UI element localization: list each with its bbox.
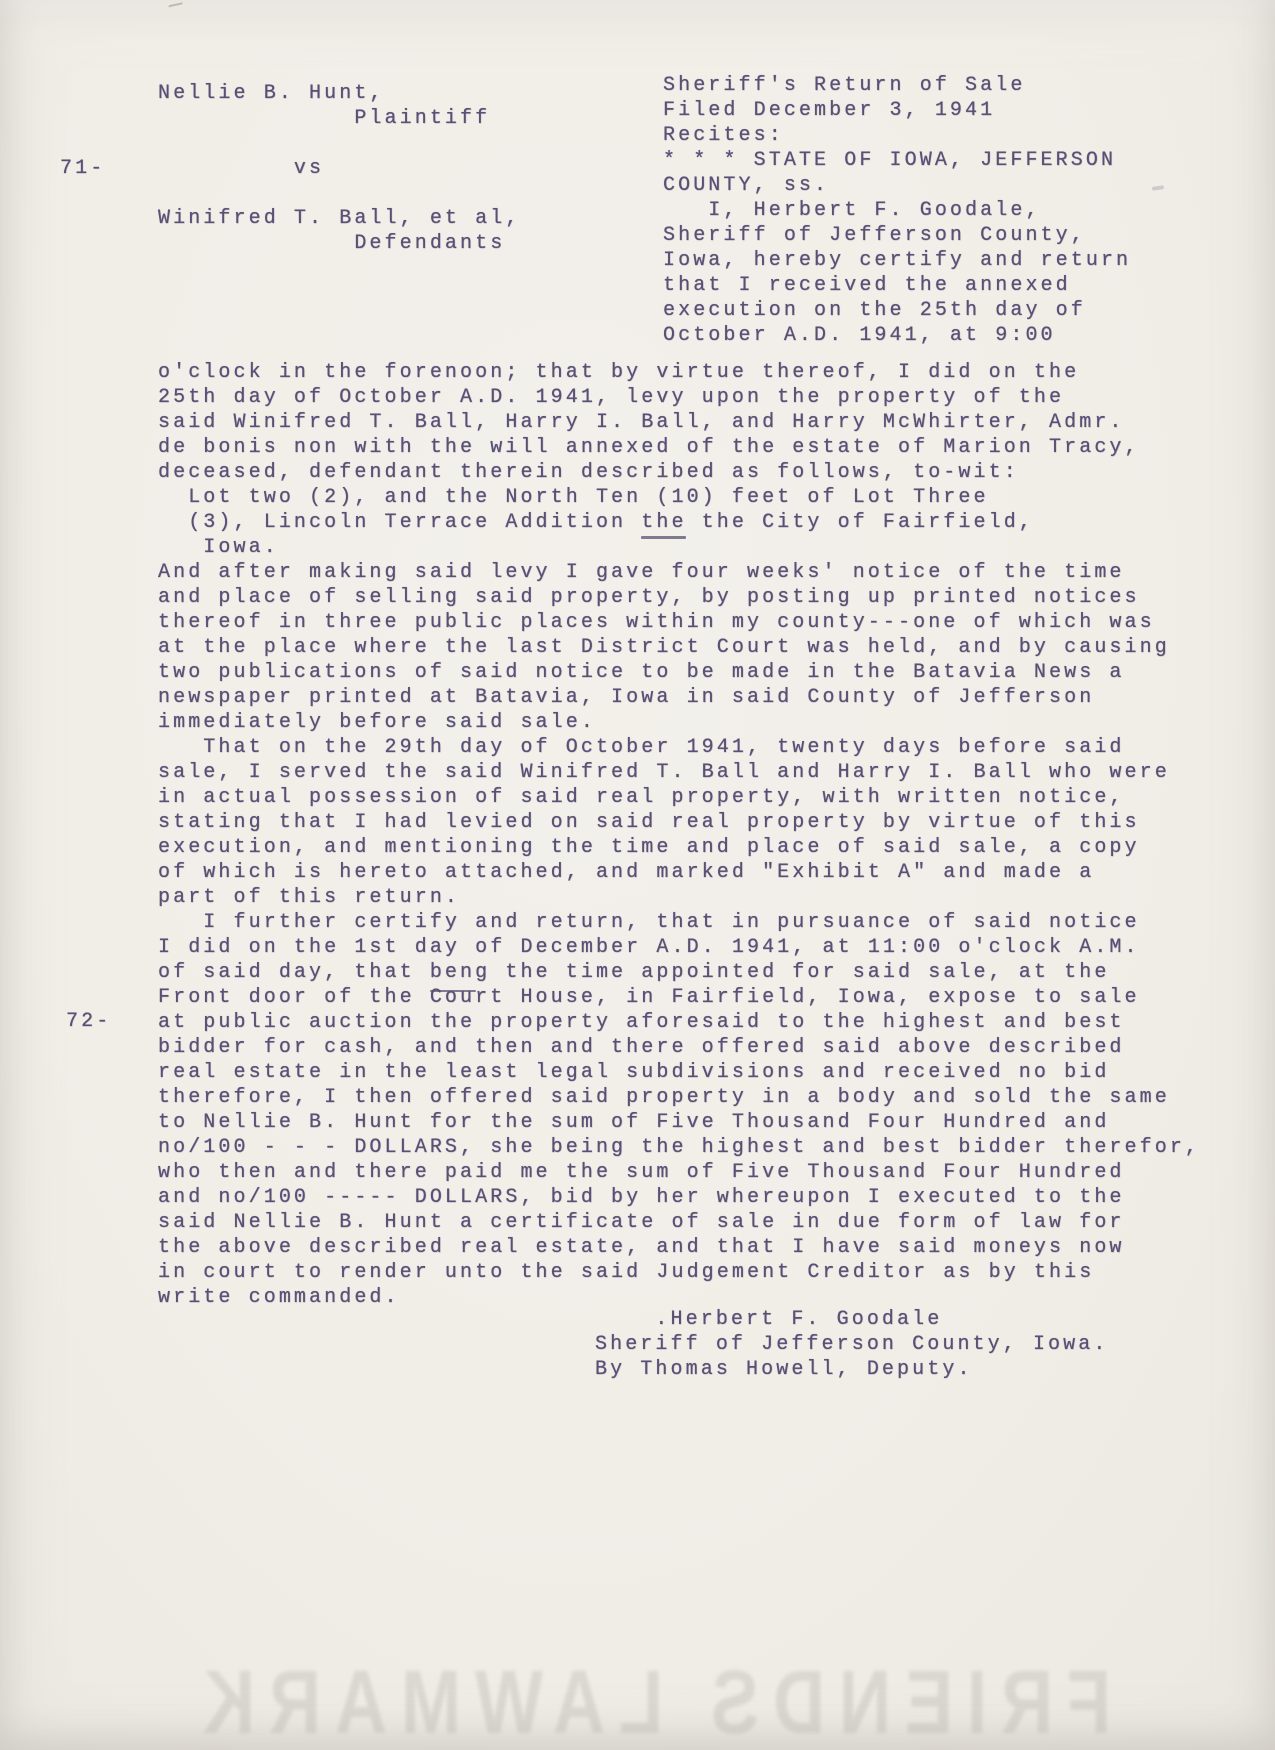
stray-pencil-mark [167, 2, 182, 14]
case-caption-parties: Nellie B. Hunt, Plaintiff vs Winifred T.… [158, 81, 520, 256]
margin-number-71: 71- [60, 156, 105, 181]
overline-mark-court [430, 990, 476, 992]
bleedthrough-watermark: FRIENDS LAWMARK [120, 1652, 1180, 1750]
margin-number-72: 72- [66, 1009, 111, 1034]
ink-smudge [1152, 185, 1164, 191]
sheriffs-return-heading: Sheriff's Return of Sale Filed December … [663, 73, 1131, 348]
return-of-sale-body-text: o'clock in the forenoon; that by virtue … [158, 360, 1200, 1310]
underline-mark-the [641, 536, 686, 539]
signature-block: .Herbert F. Goodale Sheriff of Jefferson… [595, 1307, 1108, 1382]
document-page: Nellie B. Hunt, Plaintiff vs Winifred T.… [0, 0, 1275, 1750]
